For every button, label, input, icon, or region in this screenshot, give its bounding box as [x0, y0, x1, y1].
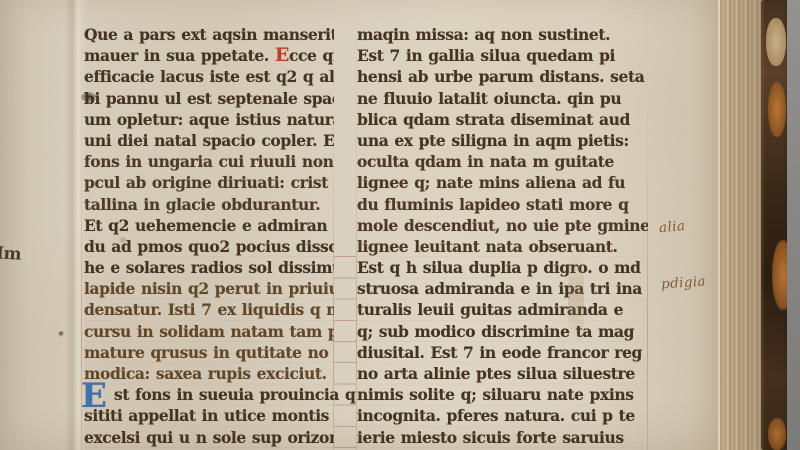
rust-patch [768, 82, 786, 137]
manuscript-line: cursu in solidam natam tam p [84, 321, 334, 342]
manuscript-line: struosa admiranda e in ipa tri ina [357, 278, 648, 299]
margin-note-pdigia: pdigia [660, 273, 706, 292]
manuscript-line: incognita. pferes natura. cui p te [357, 405, 648, 426]
manuscript-line: no arta alinie ptes silua siluestre [357, 363, 648, 384]
manuscript-line: nimis solite q; siluaru nate pxins [357, 384, 648, 405]
manuscript-line: diusital. Est 7 in eode francor reg [357, 342, 648, 363]
manuscript-line: Et q2 uehemencie e admiran [84, 215, 334, 236]
adjacent-page-text-fragment: Im [0, 243, 21, 264]
margin-note-alia: alia [658, 218, 686, 236]
manuscript-line: Est q h silua duplia p digro. o md [357, 257, 648, 278]
manuscript-line: excelsi qui u n sole sup orizonte [84, 427, 334, 448]
manuscript-line: mauer in sua ppetate. Ecce qm [84, 45, 334, 66]
parchment-stain [118, 236, 128, 244]
manuscript-line: sititi appellat in utice montis [84, 405, 334, 426]
text-segment: mauer in sua ppetate. [84, 46, 275, 65]
manuscript-line: oculta qdam in nata m guitate [357, 151, 648, 172]
manuscript-line: Que a pars ext aqsin manserit p [84, 24, 334, 45]
manuscript-line: ierie miesto sicuis forte saruius [357, 427, 648, 448]
manuscript-line: densatur. Isti 7 ex liquidis q nate [84, 299, 334, 320]
manuscript-line: mole descendiut, no uie pte gmine [357, 215, 648, 236]
manuscript-line: efficacie lacus iste est q2 q ali [84, 66, 334, 87]
rubricated-initial: E [275, 45, 289, 66]
manuscript-line: he e solares radios sol dissimu in [84, 257, 334, 278]
manuscript-line: turalis leuii guitas admiranda e [357, 299, 648, 320]
manuscript-line: pcul ab origine diriuati: crist [84, 172, 334, 193]
manuscript-line: maqin missa: aq non sustinet. [357, 24, 648, 45]
text-column-right: maqin missa: aq non sustinet.Est 7 in ga… [357, 24, 648, 448]
ruling-lines-gap [334, 236, 356, 450]
manuscript-line: blica qdam strata diseminat aud [357, 109, 648, 130]
manuscript-line: q; sub modico discrimine ta mag [357, 321, 648, 342]
manuscript-line: um opletur: aque istius natura [84, 109, 334, 130]
parchment-stain [568, 252, 584, 347]
manuscript-page: Im Que a pars ext aqsin manserit pmauer … [0, 0, 726, 450]
binding-chip [766, 18, 786, 66]
manuscript-line: hensi ab urbe parum distans. seta [357, 66, 648, 87]
manuscript-line: mature qrusus in qutitate no [84, 342, 334, 363]
manuscript-line: bi pannu ul est septenale spaci [84, 88, 334, 109]
manuscript-line: lapide nisin q2 perut in priuiu: co [84, 278, 334, 299]
rust-patch [768, 418, 786, 450]
ink-stain [58, 330, 64, 337]
page-edges [718, 0, 764, 450]
manuscript-line: du fluminis lapideo stati more q [357, 194, 648, 215]
text-segment: st fons in sueuia prouincia q [84, 385, 355, 404]
manuscript-line: fons in ungaria cui riuuli non [84, 151, 334, 172]
manuscript-line: lignee leuitant nata obseruant. [357, 236, 648, 257]
text-segment: cce qm [289, 46, 334, 65]
manuscript-line: Est 7 in gallia silua quedam pi [357, 45, 648, 66]
manuscript-line: lignee q; nate mins aliena ad fu [357, 172, 648, 193]
manuscript-line: ne fluuio latalit oiuncta. qin pu [357, 88, 648, 109]
manuscript-line: modica: saxea rupis exciciut. [84, 363, 334, 384]
binding-edge [761, 0, 790, 450]
manuscript-line: una ex pte siligna in aqm pietis: [357, 130, 648, 151]
ink-stain [81, 92, 96, 102]
manuscript-line: Est fons in sueuia prouincia q [84, 384, 334, 405]
background-strip [787, 0, 800, 450]
manuscript-photo: Im Que a pars ext aqsin manserit pmauer … [0, 0, 800, 450]
manuscript-line: uni diei natal spacio copler. Est [84, 130, 334, 151]
manuscript-line: tallina in glacie obdurantur. [84, 194, 334, 215]
